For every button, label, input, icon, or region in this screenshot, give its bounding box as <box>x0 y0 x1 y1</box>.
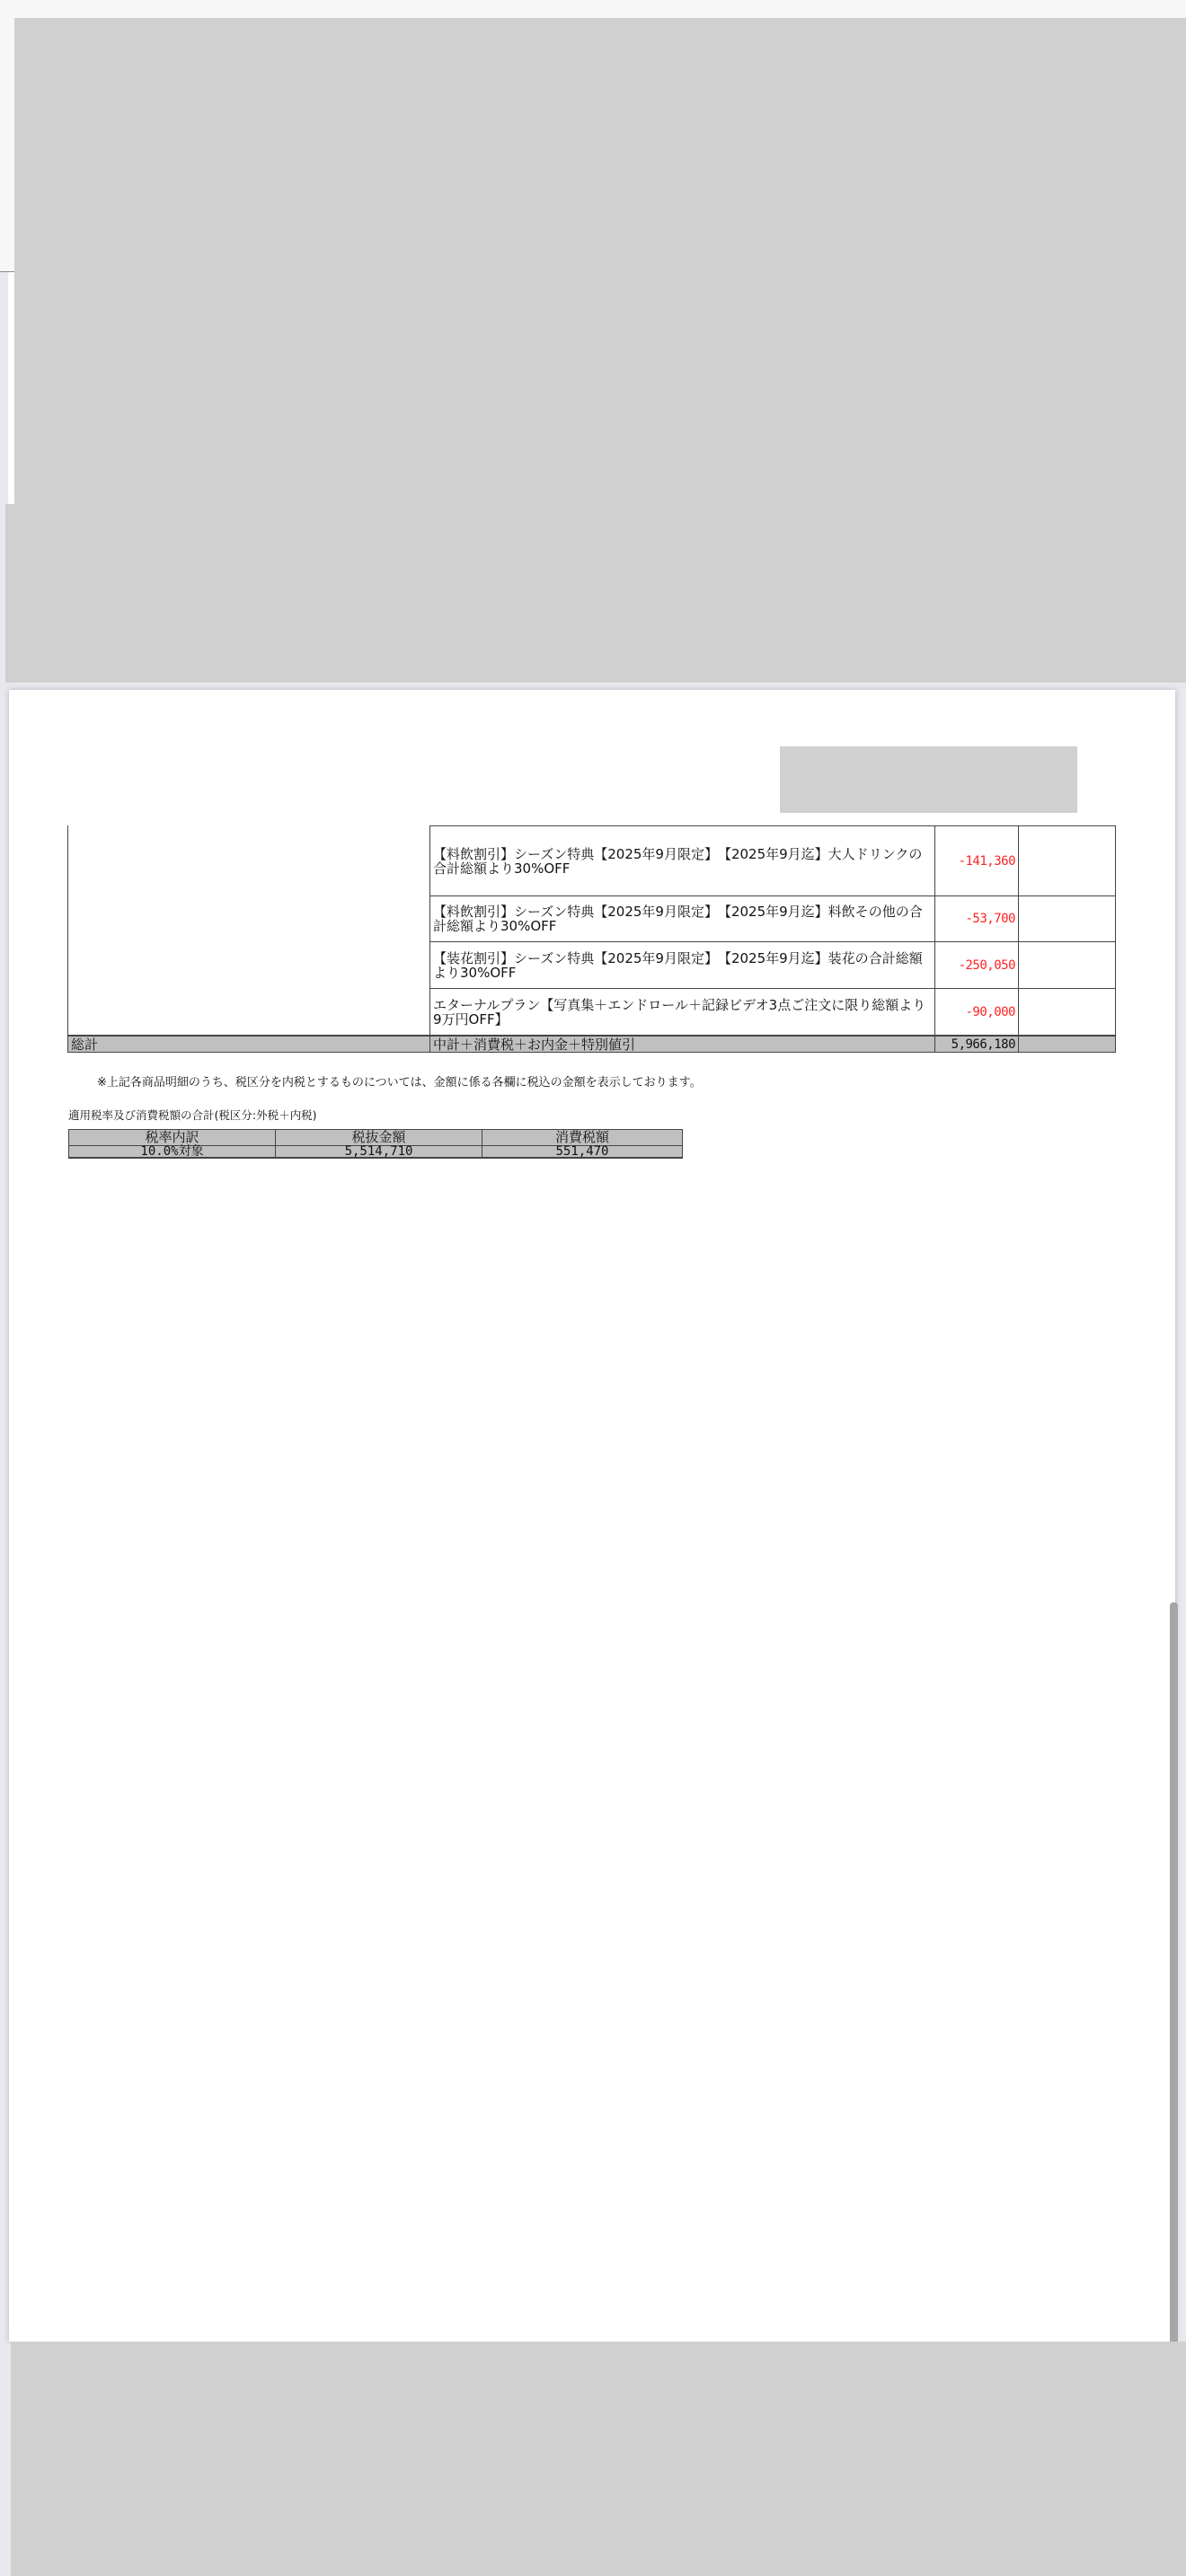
total-formula: 中計＋消費税＋お内金＋特別値引 <box>429 1035 934 1053</box>
discount-amount: -141,360 <box>934 825 1018 895</box>
discount-amount: -90,000 <box>934 988 1018 1035</box>
tax-taxable-value: 5,514,710 <box>275 1145 482 1159</box>
total-amount: 5,966,180 <box>934 1035 1018 1053</box>
tax-summary-caption: 適用税率及び消費税額の合計(税区分:外税＋内税) <box>68 1107 316 1123</box>
discount-description: エターナルプラン【写真集＋エンドロール＋記録ビデオ3点ご注文に限り総額より9万円… <box>429 988 934 1035</box>
tax-note: ※上記各商品明細のうち、税区分を内税とするものについては、金額に係る各欄に税込の… <box>97 1072 702 1090</box>
discount-amount: -250,050 <box>934 941 1018 988</box>
empty-cell <box>1018 825 1116 895</box>
total-label: 総計 <box>67 1035 429 1053</box>
empty-cell <box>1018 1035 1116 1053</box>
document-page: 【料飲割引】シーズン特典【2025年9月限定】 【2025年9月迄】大人ドリンク… <box>9 690 1175 2342</box>
table-left-blank-cell <box>67 825 429 1035</box>
discount-description: 【料飲割引】シーズン特典【2025年9月限定】 【2025年9月迄】大人ドリンク… <box>429 825 934 895</box>
redacted-region <box>5 504 1186 683</box>
empty-cell <box>1018 895 1116 941</box>
discount-description: 【装花割引】シーズン特典【2025年9月限定】 【2025年9月迄】装花の合計総… <box>429 941 934 988</box>
discount-amount: -53,700 <box>934 895 1018 941</box>
tax-amount-value: 551,470 <box>482 1145 683 1159</box>
redacted-region <box>14 18 1186 505</box>
discount-description: 【料飲割引】シーズン特典【2025年9月限定】 【2025年9月迄】料飲その他の… <box>429 895 934 941</box>
tax-rate-value: 10.0%対象 <box>68 1145 276 1159</box>
empty-cell <box>1018 988 1116 1035</box>
empty-cell <box>1018 941 1116 988</box>
left-edge-strip <box>8 272 14 504</box>
scrollbar-thumb[interactable] <box>1170 1602 1178 2342</box>
redacted-stamp <box>780 746 1077 813</box>
redacted-region <box>11 2342 1186 2576</box>
